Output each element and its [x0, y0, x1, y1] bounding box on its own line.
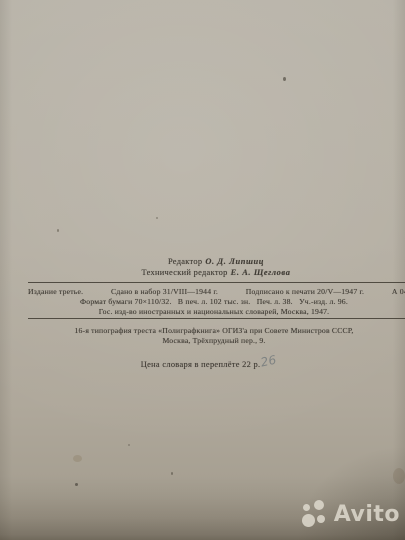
printer-block: 16-я типография треста «Полиграфкнига» О… — [28, 319, 405, 345]
paper-speck — [75, 483, 78, 486]
printer-line-1: 16-я типография треста «Полиграфкнига» О… — [28, 326, 400, 336]
paper-speck — [57, 229, 59, 232]
colophon-text-block: РедакторО. Д. Липшиц Технический редакто… — [28, 256, 405, 370]
imprint-row-dates: Издание третье. Сдано в набор 31/VIII—19… — [28, 283, 405, 297]
edition-label: Издание третье. — [28, 287, 83, 297]
typeset-date: Сдано в набор 31/VIII—1944 г. — [111, 287, 218, 297]
price-text: Цена словаря в переплёте 22 р. — [141, 360, 261, 369]
avito-watermark-text: Avito — [334, 502, 400, 527]
printer-line-2: Москва, Трёхпрудный пер., 9. — [28, 336, 400, 346]
print-signed-date: Подписано к печати 20/V—1947 г. — [246, 287, 364, 297]
paper-stain — [73, 455, 82, 462]
tech-editor-name: Е. А. Щеглова — [231, 268, 291, 277]
paper-speck — [171, 472, 173, 475]
avito-logo-icon — [302, 500, 329, 528]
paper-speck — [283, 77, 286, 81]
price-line: Цена словаря в переплёте 22 р.26 — [28, 345, 405, 370]
paper-speck — [156, 217, 158, 219]
imprint-row-format: Формат бумаги 70×110/32. В печ. л. 102 т… — [28, 297, 405, 307]
editor-label: Редактор — [168, 257, 202, 266]
paper-stain — [393, 468, 405, 484]
tech-editor-line: Технический редакторЕ. А. Щеглова — [28, 267, 404, 278]
order-code: А 04194 — [392, 287, 405, 297]
editors-block: РедакторО. Д. Липшиц Технический редакто… — [28, 256, 405, 278]
imprint-row-publisher: Гос. изд-во иностранных и национальных с… — [28, 307, 405, 317]
tech-editor-label: Технический редактор — [141, 268, 227, 277]
editor-line: РедакторО. Д. Липшиц — [28, 256, 404, 267]
handwritten-price-mark: 26 — [260, 353, 278, 370]
book-colophon-photo: РедакторО. Д. Липшиц Технический редакто… — [0, 0, 405, 540]
editor-name: О. Д. Липшиц — [205, 257, 264, 266]
paper-speck — [128, 444, 130, 446]
avito-watermark: Avito — [302, 500, 400, 528]
